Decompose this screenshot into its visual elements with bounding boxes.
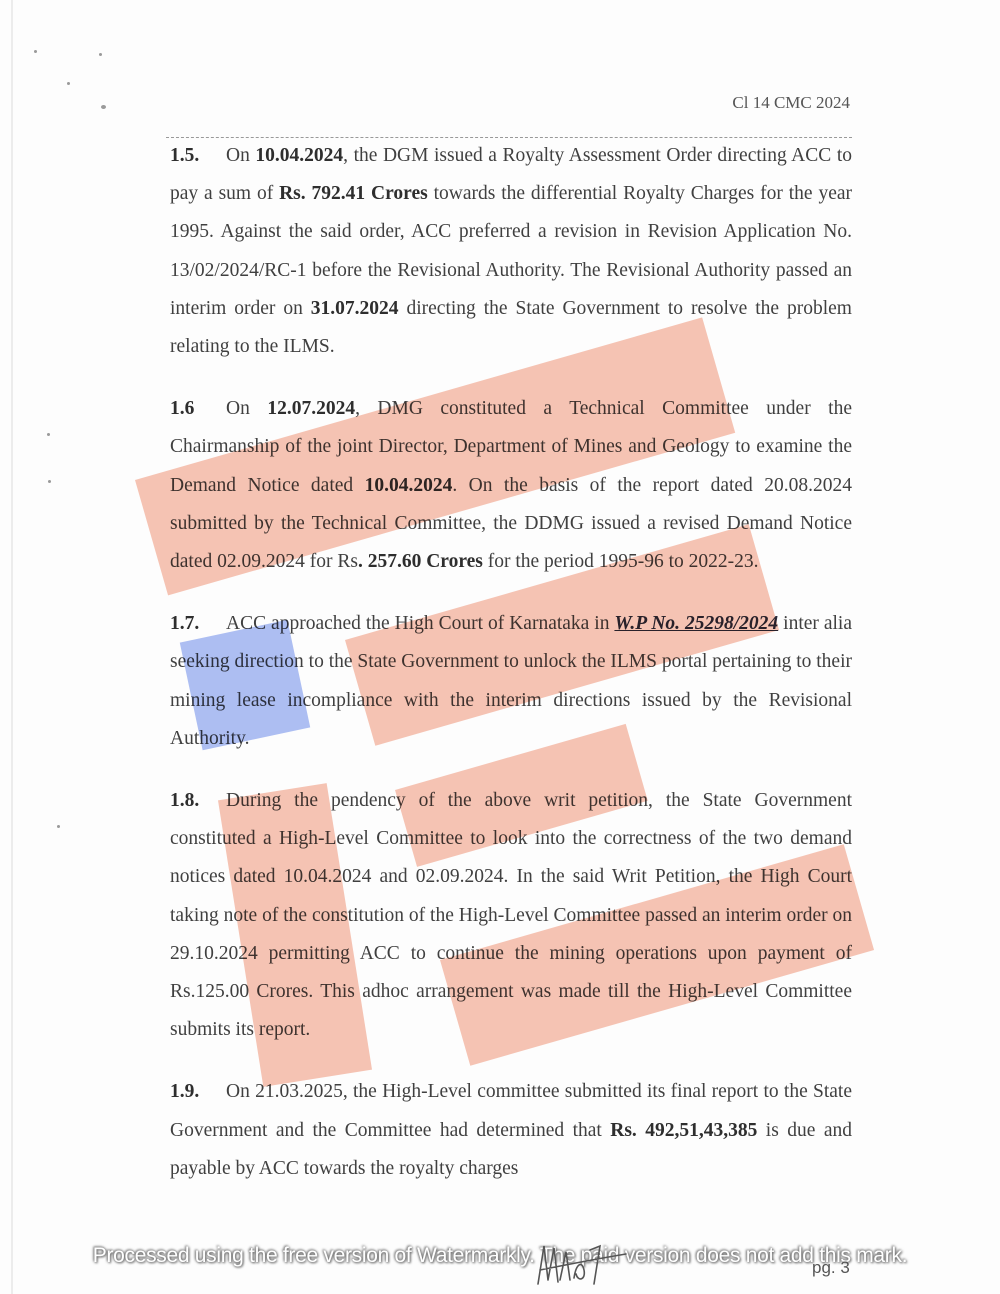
- paragraph-text: ACC approached the High Court of Karnata…: [226, 613, 614, 634]
- paragraph-1-5: 1.5.On 10.04.2024, the DGM issued a Roya…: [170, 137, 852, 366]
- emphasized-text: Rs. 792.41 Crores: [279, 183, 428, 204]
- paragraph-text: On: [226, 145, 255, 166]
- paragraph-1-7: 1.7.ACC approached the High Court of Kar…: [170, 605, 852, 758]
- scan-speck: [57, 825, 60, 828]
- document-body: 1.5.On 10.04.2024, the DGM issued a Roya…: [170, 137, 852, 1212]
- paragraph-number: 1.7.: [170, 605, 226, 643]
- emphasized-text: . 257.60 Crores: [358, 551, 483, 572]
- emphasized-text: 10.04.2024: [255, 145, 343, 166]
- watermark-text: Processed using the free version of Wate…: [0, 1244, 1000, 1268]
- scan-speck: [47, 433, 50, 436]
- paragraph-1-8: 1.8.During the pendency of the above wri…: [170, 782, 852, 1049]
- page-edge: [11, 0, 13, 1294]
- document-reference: Cl 14 CMC 2024: [732, 93, 850, 113]
- paragraph-number: 1.6: [170, 390, 226, 428]
- paragraph-1-9: 1.9.On 21.03.2025, the High-Level commit…: [170, 1073, 852, 1188]
- paragraph-number: 1.9.: [170, 1073, 226, 1111]
- paragraph-text: During the pendency of the above writ pe…: [170, 790, 852, 1040]
- scan-speck: [48, 480, 51, 483]
- writ-petition-reference: W.P No. 25298/2024: [614, 613, 778, 634]
- paragraph-text: On: [226, 398, 267, 419]
- scan-speck: [67, 82, 70, 85]
- scan-speck: [99, 53, 102, 56]
- scan-speck: [34, 50, 37, 53]
- paragraph-text: for the period 1995-96 to 2022-23.: [483, 551, 759, 572]
- paragraph-number: 1.8.: [170, 782, 226, 820]
- paragraph-number: 1.5.: [170, 137, 226, 175]
- emphasized-text: Rs. 492,51,43,385: [610, 1120, 757, 1141]
- emphasized-text: 10.04.2024: [365, 475, 453, 496]
- page-number: pg. 3: [812, 1258, 850, 1278]
- emphasized-text: 31.07.2024: [311, 298, 399, 319]
- scan-speck: [101, 105, 106, 109]
- paragraph-1-6: 1.6On 12.07.2024, DMG constituted a Tech…: [170, 390, 852, 581]
- signature-icon: [530, 1240, 640, 1290]
- emphasized-text: 12.07.2024: [267, 398, 355, 419]
